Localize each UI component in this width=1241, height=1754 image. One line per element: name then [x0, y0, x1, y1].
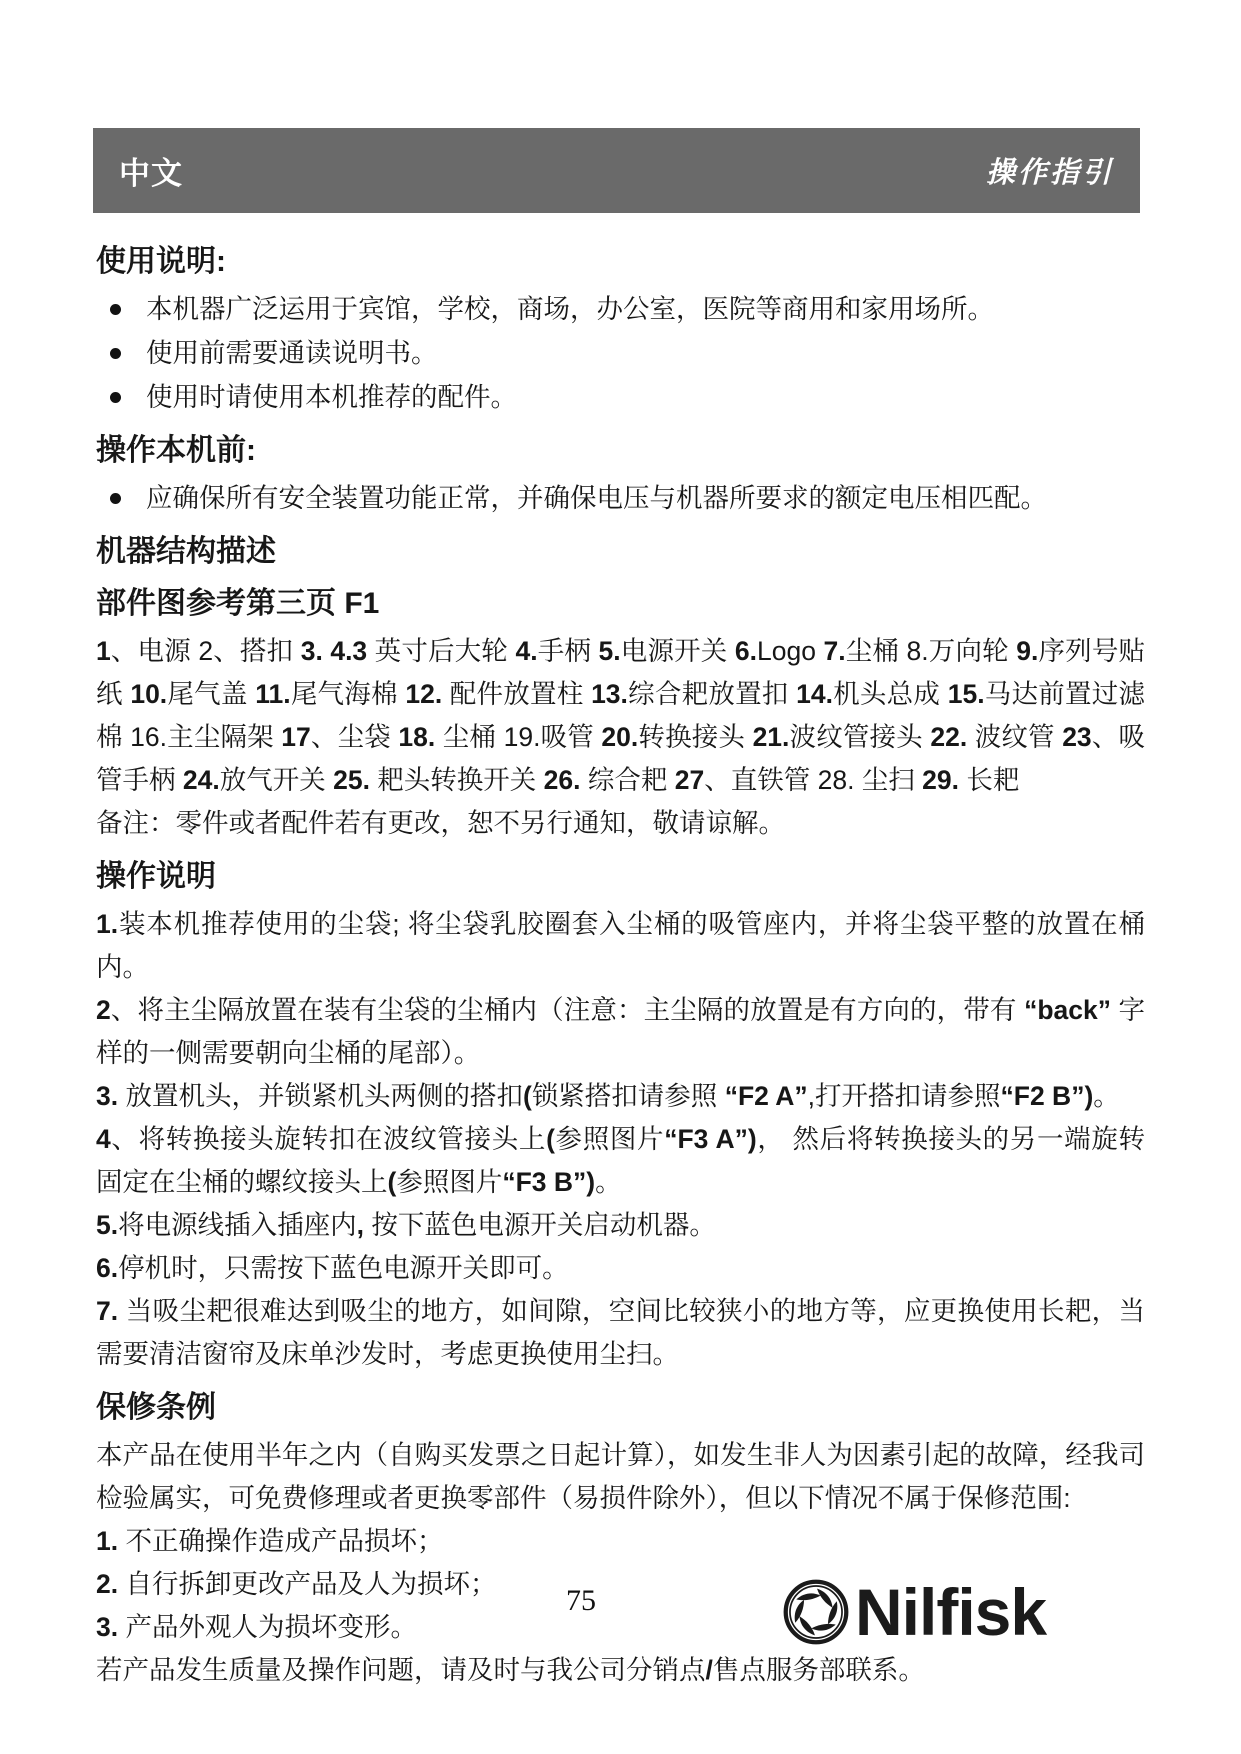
nilfisk-swirl-icon — [782, 1578, 850, 1646]
step-item: 5.将电源线插入插座内, 按下蓝色电源开关启动机器。 — [96, 1204, 1145, 1247]
bullet-icon — [110, 304, 121, 315]
document-body: 使用说明:本机器广泛运用于宾馆，学校，商场，办公室，医院等商用和家用场所。使用前… — [96, 230, 1145, 1692]
bullet-icon — [110, 348, 121, 359]
header-bar: 中文 操作指引 — [93, 128, 1140, 213]
step-item: 6.停机时，只需按下蓝色电源开关即可。 — [96, 1247, 1145, 1290]
header-language-label: 中文 — [119, 148, 183, 193]
step-item: 7. 当吸尘耙很难达到吸尘的地方，如间隙，空间比较狭小的地方等，应更换使用长耙，… — [96, 1290, 1145, 1376]
bullet-text: 应确保所有安全装置功能正常，并确保电压与机器所要求的额定电压相匹配。 — [146, 477, 1047, 520]
bullet-item: 本机器广泛运用于宾馆，学校，商场，办公室，医院等商用和家用场所。 — [96, 288, 1145, 331]
header-guide-label: 操作指引 — [986, 150, 1114, 191]
nilfisk-wordmark: Nilfisk — [855, 1579, 1046, 1645]
bullet-item: 使用时请使用本机推荐的配件。 — [96, 376, 1145, 419]
section-heading: 保修条例 — [96, 1388, 1145, 1428]
section-heading: 操作说明 — [96, 857, 1145, 897]
bullet-text: 使用时请使用本机推荐的配件。 — [146, 376, 517, 419]
bullet-item: 使用前需要通读说明书。 — [96, 332, 1145, 375]
step-item: 3. 放置机头，并锁紧机头两侧的搭扣(锁紧搭扣请参照 “F2 A”,打开搭扣请参… — [96, 1075, 1145, 1118]
paragraph: 本产品在使用半年之内（自购买发票之日起计算），如发生非人为因素引起的故障，经我司… — [96, 1434, 1145, 1520]
bullet-icon — [110, 493, 121, 504]
section-heading: 部件图参考第三页 F1 — [96, 584, 1145, 624]
page-number: 75 — [566, 1584, 596, 1618]
paragraph: 1、电源 2、搭扣 3. 4.3 英寸后大轮 4.手柄 5.电源开关 6.Log… — [96, 630, 1145, 802]
bullet-text: 本机器广泛运用于宾馆，学校，商场，办公室，医院等商用和家用场所。 — [146, 288, 994, 331]
bullet-icon — [110, 392, 121, 403]
paragraph: 备注：零件或者配件若有更改，恕不另行通知，敬请谅解。 — [96, 802, 1145, 845]
step-item: 1.装本机推荐使用的尘袋; 将尘袋乳胶圈套入尘桶的吸管座内，并将尘袋平整的放置在… — [96, 903, 1145, 989]
step-item: 1. 不正确操作造成产品损坏； — [96, 1520, 1145, 1563]
nilfisk-logo: Nilfisk — [782, 1578, 1046, 1646]
bullet-text: 使用前需要通读说明书。 — [146, 332, 438, 375]
step-item: 4、将转换接头旋转扣在波纹管接头上(参照图片“F3 A”)， 然后将转换接头的另… — [96, 1118, 1145, 1204]
section-heading: 机器结构描述 — [96, 532, 1145, 572]
section-heading: 使用说明: — [96, 242, 1145, 282]
step-item: 2、将主尘隔放置在装有尘袋的尘桶内（注意：主尘隔的放置是有方向的，带有 “bac… — [96, 989, 1145, 1075]
paragraph: 若产品发生质量及操作问题，请及时与我公司分销点/售点服务部联系。 — [96, 1649, 1145, 1692]
section-heading: 操作本机前: — [96, 431, 1145, 471]
bullet-item: 应确保所有安全装置功能正常，并确保电压与机器所要求的额定电压相匹配。 — [96, 477, 1145, 520]
